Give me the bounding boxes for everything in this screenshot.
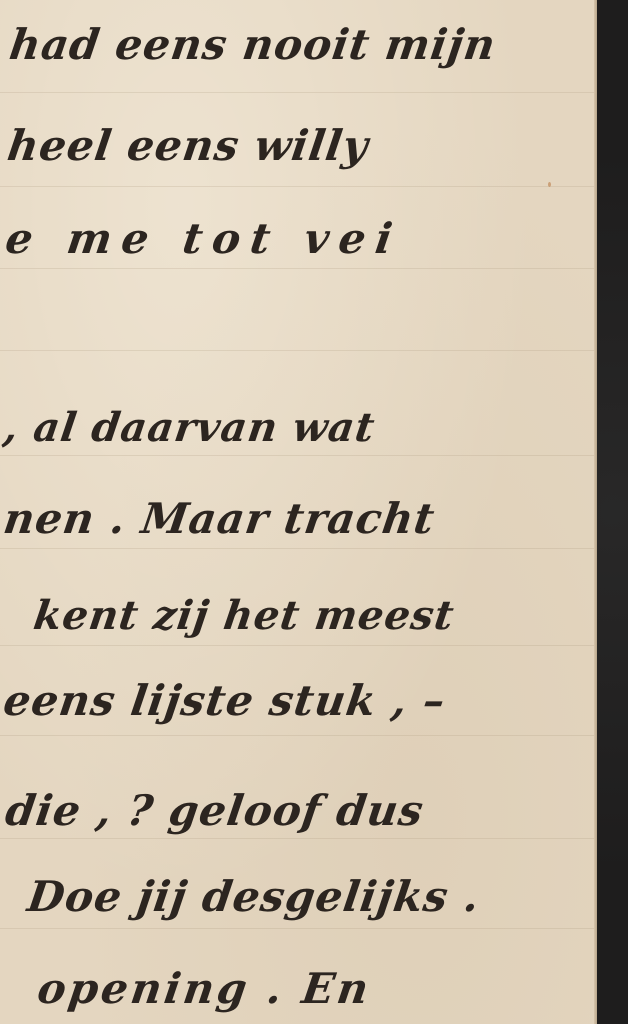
handwritten-line-1: had eens nooit mijn [7, 24, 499, 66]
handwritten-line-7: eens lijste stuk , – [1, 680, 448, 722]
ruled-line [0, 838, 597, 839]
ruled-line [0, 186, 597, 187]
paper-page: had eens nooit mijn heel eens willy e me… [0, 0, 597, 1024]
ruled-line [0, 928, 597, 929]
handwritten-line-10: opening . En [35, 968, 374, 1010]
ruled-line [0, 735, 597, 736]
handwritten-line-3: e me tot vei [3, 218, 405, 260]
handwritten-line-6: kent zij het meest [31, 596, 457, 636]
handwritten-line-4: , al daarvan wat [1, 408, 377, 448]
ruled-line [0, 92, 597, 93]
handwritten-line-8: die , ? geloof dus [3, 790, 426, 832]
ruled-line [0, 268, 597, 269]
ruled-line [0, 350, 597, 351]
dark-backing-board [597, 0, 628, 1024]
handwritten-line-2: heel eens willy [5, 125, 371, 167]
handwritten-line-9: Doe jij desgelijks . [25, 876, 483, 918]
ruled-line [0, 645, 597, 646]
paper-stain [548, 182, 551, 187]
ruled-line [0, 548, 597, 549]
ruled-line [0, 455, 597, 456]
manuscript-scan: had eens nooit mijn heel eens willy e me… [0, 0, 628, 1024]
handwritten-line-5: nen . Maar tracht [1, 498, 437, 540]
